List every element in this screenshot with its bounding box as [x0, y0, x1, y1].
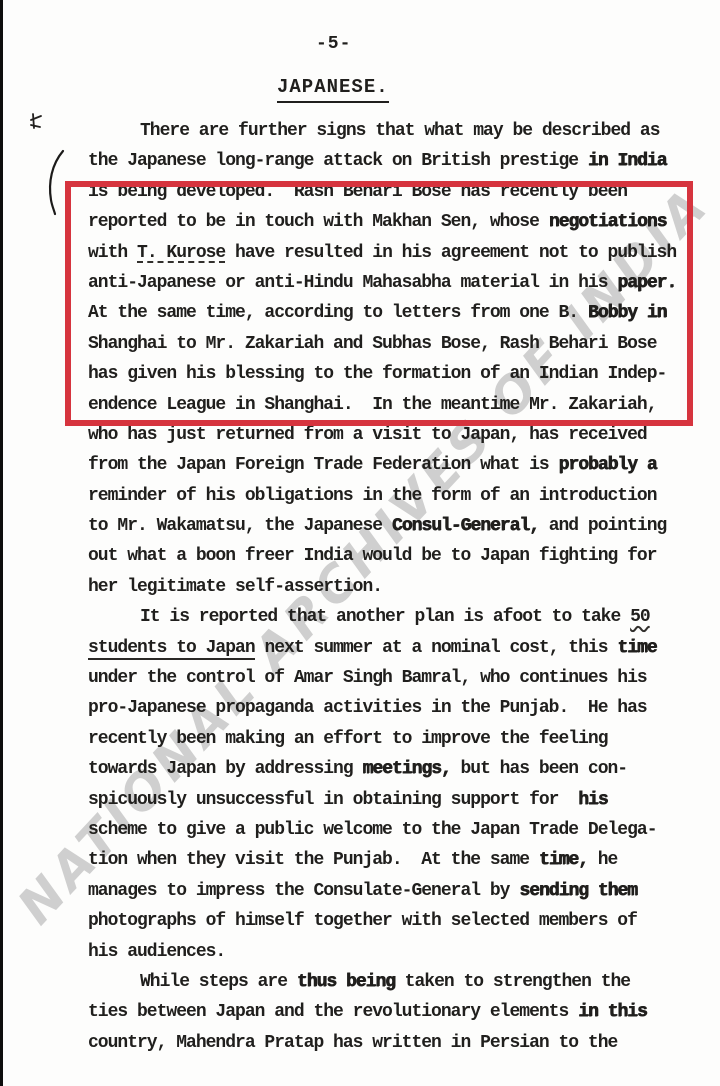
text-line: spicuously unsuccessful in obtaining sup…: [88, 785, 688, 815]
text-segment: tion when they visit the Punjab. At the …: [88, 850, 539, 870]
text-segment: meetings,: [362, 759, 450, 779]
text-segment: pro-Japanese propaganda activities in th…: [88, 698, 647, 718]
scan-edge-line: [0, 0, 3, 1086]
text-line: recently been making an effort to improv…: [88, 724, 688, 754]
text-segment: manages to impress the Consulate-General…: [88, 881, 519, 901]
text-segment: next summer at a nominal cost, this: [255, 638, 618, 658]
text-line: with T. Kurose have resulted in his agre…: [88, 238, 688, 268]
text-line: reported to be in touch with Makhan Sen,…: [88, 207, 688, 237]
text-segment: T. Kurose: [137, 243, 225, 263]
text-segment: from the Japan Foreign Trade Federation …: [88, 455, 558, 475]
text-line: photographs of himself together with sel…: [88, 906, 688, 936]
text-segment: negotiations: [549, 212, 667, 232]
text-line: tion when they visit the Punjab. At the …: [88, 845, 688, 875]
text-line: who has just returned from a visit to Ja…: [88, 420, 688, 450]
text-line: country, Mahendra Pratap has written in …: [88, 1028, 688, 1058]
text-segment: scheme to give a public welcome to the J…: [88, 820, 657, 840]
text-segment: and pointing: [539, 516, 666, 536]
text-segment: he: [588, 850, 617, 870]
text-line: It is reported that another plan is afoo…: [88, 602, 688, 632]
text-segment: At the same time, according to letters f…: [88, 303, 588, 323]
text-line: reminder of his obligations in the form …: [88, 481, 688, 511]
text-segment: It is reported that another plan is afoo…: [140, 607, 630, 627]
text-segment: students to Japan: [88, 638, 255, 660]
text-segment: reminder of his obligations in the form …: [88, 486, 657, 506]
text-line: endence League in Shanghai. In the meant…: [88, 390, 688, 420]
pen-scribble-icon: [28, 112, 48, 136]
text-segment: country, Mahendra Pratap has written in …: [88, 1033, 617, 1053]
text-segment: out what a boon freer India would be to …: [88, 546, 657, 566]
text-segment: but has been con-: [451, 759, 627, 779]
text-segment: to Mr. Wakamatsu, the Japanese: [88, 516, 392, 536]
text-segment: in this: [578, 1002, 647, 1022]
text-line: At the same time, according to letters f…: [88, 298, 688, 328]
text-line: pro-Japanese propaganda activities in th…: [88, 693, 688, 723]
text-segment: endence League in Shanghai. In the meant…: [88, 395, 657, 415]
text-segment: photographs of himself together with sel…: [88, 911, 637, 931]
text-segment: probably a: [558, 455, 656, 475]
text-segment: spicuously unsuccessful in obtaining sup…: [88, 790, 578, 810]
text-line: ties between Japan and the revolutionary…: [88, 997, 688, 1027]
text-segment: paper.: [617, 273, 676, 293]
document-body: There are further signs that what may be…: [88, 116, 688, 1058]
text-segment: time: [617, 638, 656, 658]
text-line: manages to impress the Consulate-General…: [88, 876, 688, 906]
text-segment: recently been making an effort to improv…: [88, 729, 608, 749]
text-line: her legitimate self-assertion.: [88, 572, 688, 602]
text-segment: his audiences.: [88, 942, 225, 962]
text-line: under the control of Amar Singh Bamral, …: [88, 663, 688, 693]
text-line: has given his blessing to the formation …: [88, 359, 688, 389]
pen-curve-mark-icon: [44, 148, 70, 218]
text-segment: While steps are: [140, 972, 297, 992]
text-segment: 50: [630, 607, 650, 627]
text-segment: sending them: [519, 881, 637, 901]
text-segment: reported to be in touch with Makhan Sen,…: [88, 212, 549, 232]
text-segment: thus being: [297, 972, 395, 992]
text-line: is being developed. Rash Behari Bose has…: [88, 177, 688, 207]
page-number: -5-: [316, 34, 351, 54]
text-segment: towards Japan by addressing: [88, 759, 362, 779]
scanned-document-page: NATIONAL ARCHIVES OF INDIA -5- JAPANESE.…: [0, 0, 720, 1086]
text-segment: under the control of Amar Singh Bamral, …: [88, 668, 647, 688]
text-segment: the Japanese long-range attack on Britis…: [88, 151, 588, 171]
text-line: his audiences.: [88, 937, 688, 967]
text-line: from the Japan Foreign Trade Federation …: [88, 450, 688, 480]
text-segment: Bobby in: [588, 303, 666, 323]
text-line: There are further signs that what may be…: [88, 116, 688, 146]
text-line: anti-Japanese or anti-Hindu Mahasabha ma…: [88, 268, 688, 298]
text-segment: his: [578, 790, 607, 810]
text-segment: in India: [588, 151, 666, 171]
text-line: to Mr. Wakamatsu, the Japanese Consul-Ge…: [88, 511, 688, 541]
text-segment: There are further signs that what may be…: [140, 121, 660, 141]
text-line: the Japanese long-range attack on Britis…: [88, 146, 688, 176]
text-segment: have resulted in his agreement not to pu…: [225, 243, 676, 263]
text-segment: with: [88, 243, 137, 263]
text-segment: anti-Japanese or anti-Hindu Mahasabha ma…: [88, 273, 617, 293]
text-segment: who has just returned from a visit to Ja…: [88, 425, 647, 445]
text-segment: her legitimate self-assertion.: [88, 577, 382, 597]
text-segment: time,: [539, 850, 588, 870]
text-line: out what a boon freer India would be to …: [88, 541, 688, 571]
text-line: scheme to give a public welcome to the J…: [88, 815, 688, 845]
text-line: Shanghai to Mr. Zakariah and Subhas Bose…: [88, 329, 688, 359]
text-segment: Shanghai to Mr. Zakariah and Subhas Bose…: [88, 334, 657, 354]
text-line: students to Japan next summer at a nomin…: [88, 633, 688, 663]
text-segment: taken to strengthen the: [395, 972, 630, 992]
section-heading: JAPANESE.: [277, 76, 389, 103]
text-segment: has given his blessing to the formation …: [88, 364, 666, 384]
text-segment: ties between Japan and the revolutionary…: [88, 1002, 578, 1022]
text-segment: is being developed. Rash Behari Bose has…: [88, 182, 627, 202]
text-segment: Consul-General,: [392, 516, 539, 536]
text-line: towards Japan by addressing meetings, bu…: [88, 754, 688, 784]
text-line: While steps are thus being taken to stre…: [88, 967, 688, 997]
